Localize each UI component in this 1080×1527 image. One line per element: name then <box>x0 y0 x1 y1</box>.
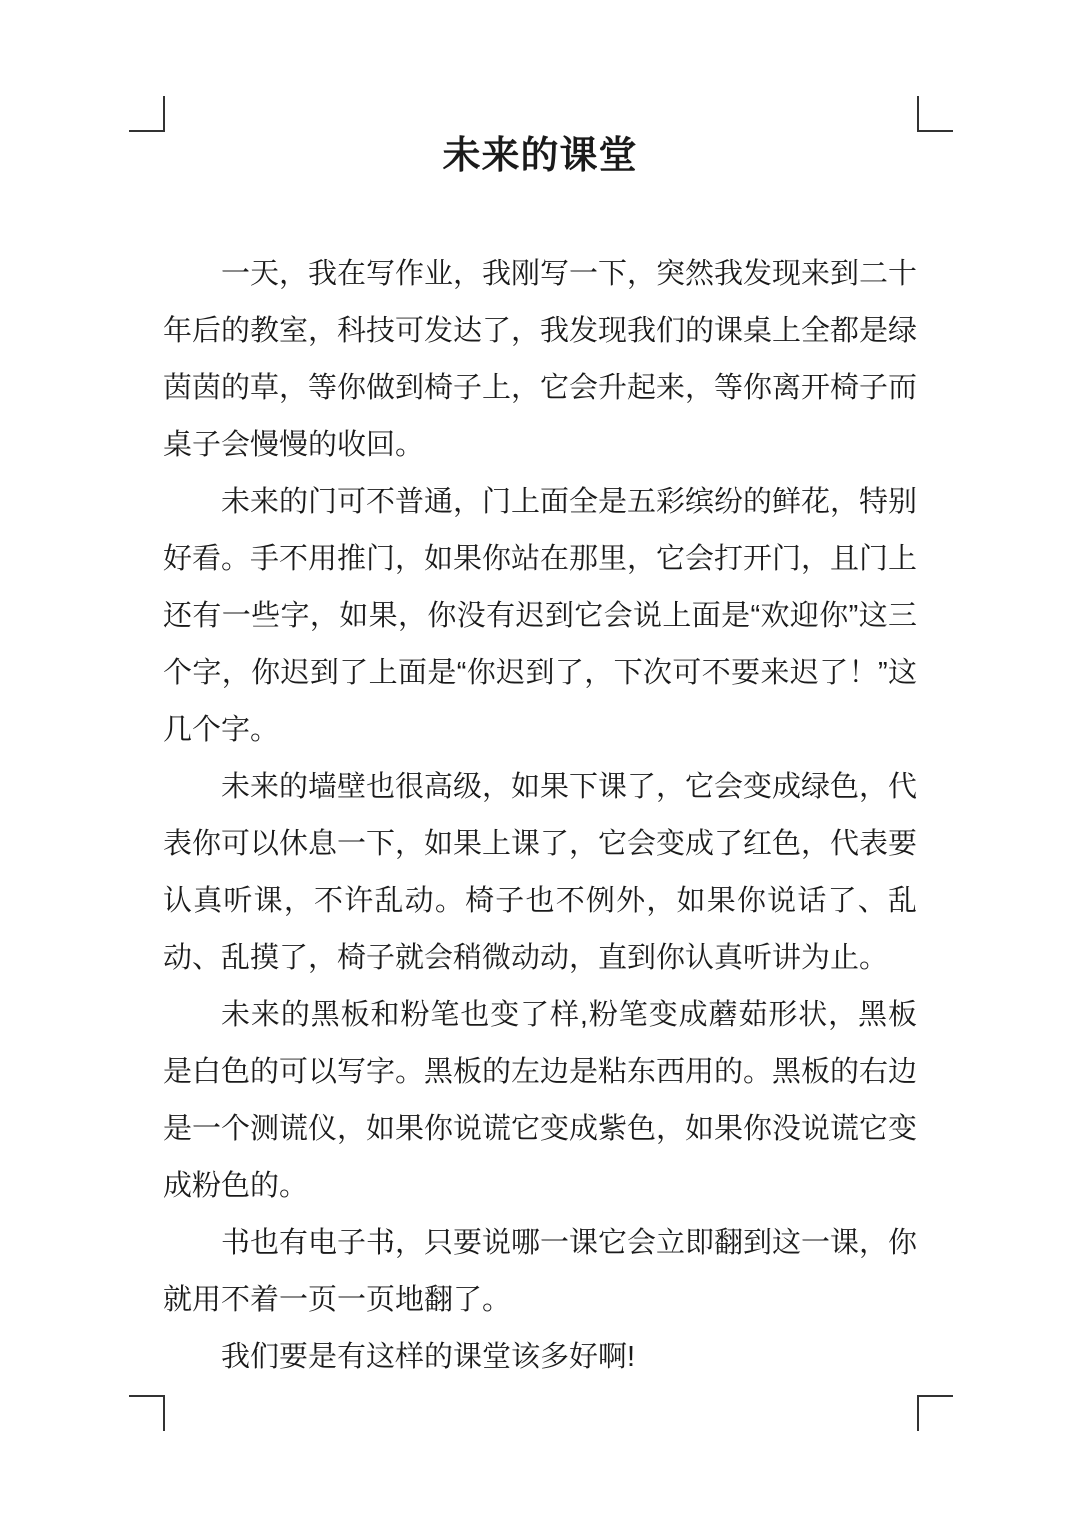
paragraph-1: 一天，我在写作业，我刚写一下，突然我发现来到二十年后的教室，科技可发达了，我发现… <box>163 246 917 474</box>
document-body: 一天，我在写作业，我刚写一下，突然我发现来到二十年后的教室，科技可发达了，我发现… <box>163 246 917 1386</box>
crop-mark-bottom-left <box>129 1395 165 1431</box>
document-title: 未来的课堂 <box>163 132 917 180</box>
paragraph-3: 未来的墙壁也很高级，如果下课了，它会变成绿色，代表你可以休息一下，如果上课了，它… <box>163 759 917 987</box>
crop-mark-top-left <box>129 96 165 132</box>
paragraph-2: 未来的门可不普通，门上面全是五彩缤纷的鲜花，特别好看。手不用推门，如果你站在那里… <box>163 474 917 759</box>
paragraph-4: 未来的黑板和粉笔也变了样,粉笔变成蘑茹形状，黑板是白色的可以写字。黑板的左边是粘… <box>163 987 917 1215</box>
paragraph-5: 书也有电子书，只要说哪一课它会立即翻到这一课，你就用不着一页一页地翻了。 <box>163 1215 917 1329</box>
crop-mark-bottom-right <box>917 1395 953 1431</box>
crop-mark-top-right <box>917 96 953 132</box>
paragraph-6: 我们要是有这样的课堂该多好啊! <box>163 1329 917 1386</box>
text-area: 未来的课堂 一天，我在写作业，我刚写一下，突然我发现来到二十年后的教室，科技可发… <box>163 0 917 1386</box>
document-page: 未来的课堂 一天，我在写作业，我刚写一下，突然我发现来到二十年后的教室，科技可发… <box>0 0 1080 1527</box>
